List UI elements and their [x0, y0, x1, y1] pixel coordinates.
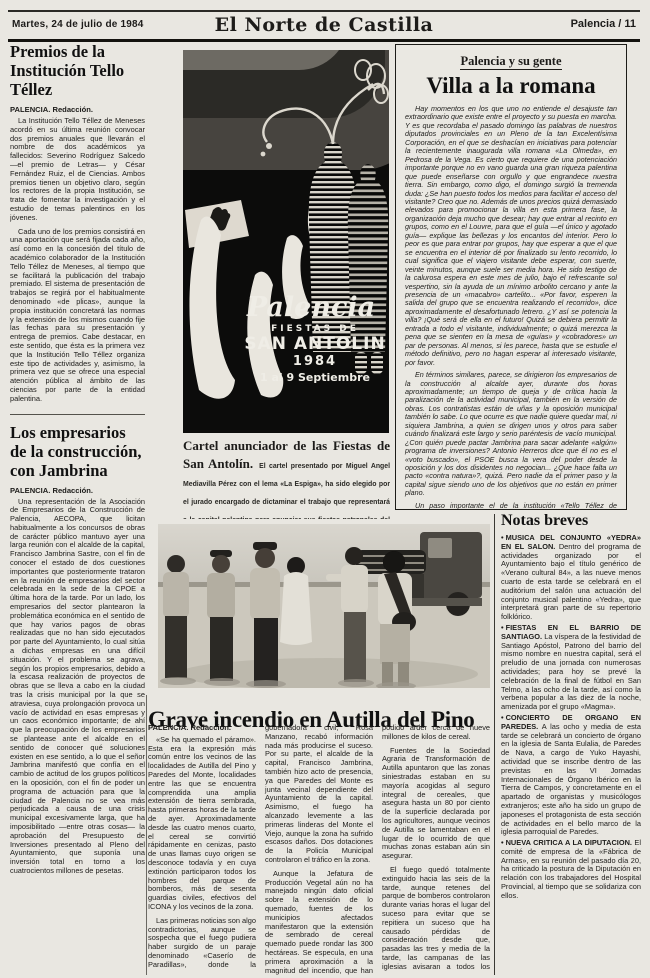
paragraph: Hay momentos en los que uno no entiende … — [405, 105, 617, 367]
bullet-icon: • — [501, 713, 504, 722]
paragraph: Una representación de la Asociación de E… — [10, 498, 145, 876]
newspaper-page: { "colors": { "paper": "#e9e7e1", "ink":… — [0, 0, 650, 978]
nota-item: •MUSICA DEL CONJUNTO «YEDRA» EN EL SALON… — [501, 534, 641, 622]
empresarios-body: Una representación de la Asociación de E… — [10, 498, 145, 876]
column-divider — [10, 414, 145, 415]
nota-text: A las ocho y media de esta tarde se cele… — [501, 722, 641, 837]
poster-artwork: Palencia FIESTAS DE SAN ANTOLIN 1984 1 a… — [183, 50, 389, 433]
villa-headline: Villa a la romana — [405, 73, 617, 99]
poster-city: Palencia — [246, 292, 375, 323]
section-kicker: Palencia y su gente — [405, 52, 617, 70]
section-page-number: Palencia / 11 — [571, 18, 636, 30]
paragraph: Cada uno de los premios consistirá en un… — [10, 228, 145, 404]
nota-text: El comité de empresa de la «Fábrica de A… — [501, 838, 641, 900]
premios-dateline: PALENCIA. Redacción. — [10, 105, 145, 114]
paragraph: «Se ha quemado el páramo». Esta era la e… — [148, 736, 256, 912]
striped-foot — [371, 352, 383, 374]
news-photo-art — [158, 524, 490, 688]
san-antolin-poster: Palencia FIESTAS DE SAN ANTOLIN 1984 1 a… — [183, 50, 389, 433]
caption-text: El cartel presentado por Miguel Angel Me… — [183, 463, 390, 519]
kicker-label: Palencia y su gente — [460, 54, 561, 70]
notas-breves-title: Notas breves — [501, 512, 641, 530]
plume-dot — [266, 143, 272, 149]
poster-line3: SAN ANTOLIN — [244, 334, 385, 354]
poster-caption: Cartel anunciador de las Fiestas de San … — [183, 437, 390, 519]
bullet-icon: • — [501, 838, 504, 847]
empresarios-headline: Los empresarios de la construcción, con … — [10, 423, 145, 480]
vertical-rule-left — [146, 695, 147, 975]
plume-dot — [261, 152, 266, 157]
empresarios-dateline: PALENCIA. Redacción. — [10, 486, 145, 495]
vertical-rule-notas — [494, 514, 495, 975]
nota-text: Dentro del programa de actividades organ… — [501, 542, 641, 621]
left-column: Premios de la Institución Tello Téllez P… — [10, 42, 145, 972]
nota-item: •CONCIERTO DE ORGANO EN PAREDES. A las o… — [501, 714, 641, 837]
paragraph: En términos similares, parece, se dirigi… — [405, 371, 617, 498]
poster-dates: 1 al 9 Septiembre — [260, 371, 370, 384]
bullet-icon: • — [501, 533, 504, 542]
premios-body: La Institución Tello Téllez de Meneses a… — [10, 117, 145, 404]
nota-item: •FIESTAS EN EL BARRIO DE SANTIAGO. La ví… — [501, 624, 641, 712]
bullet-icon: • — [501, 623, 504, 632]
news-photo-fire-scene — [158, 524, 490, 688]
masthead: El Norte de Castilla — [8, 14, 640, 36]
paragraph: Un paso importante el de la institución … — [405, 502, 617, 510]
nota-item: •NUEVA CRITICA A LA DIPUTACION. El comit… — [501, 839, 641, 901]
nota-text: La víspera de la festividad de Santiago … — [501, 632, 641, 711]
notas-breves-column: Notas breves •MUSICA DEL CONJUNTO «YEDRA… — [501, 512, 641, 976]
poster-year: 1984 — [293, 354, 337, 369]
nota-head: NUEVA CRITICA A LA DIPUTACION. — [506, 838, 632, 847]
villa-body: Hay momentos en los que uno no entiende … — [405, 105, 617, 510]
paragraph: La Institución Tello Téllez de Meneses a… — [10, 117, 145, 223]
page-header: Martes, 24 de julio de 1984 El Norte de … — [8, 10, 640, 42]
poster-line2: FIESTAS DE — [271, 324, 359, 334]
villa-column-box: Palencia y su gente Villa a la romana Ha… — [395, 44, 627, 510]
incendio-dateline: PALENCIA. Redacción. — [148, 724, 256, 733]
premios-headline: Premios de la Institución Tello Téllez — [10, 42, 145, 99]
incendio-body: PALENCIA. Redacción. «Se ha quemado el p… — [148, 724, 490, 976]
paragraph: Fuentes de la Sociedad Agraria de Transf… — [382, 747, 490, 861]
